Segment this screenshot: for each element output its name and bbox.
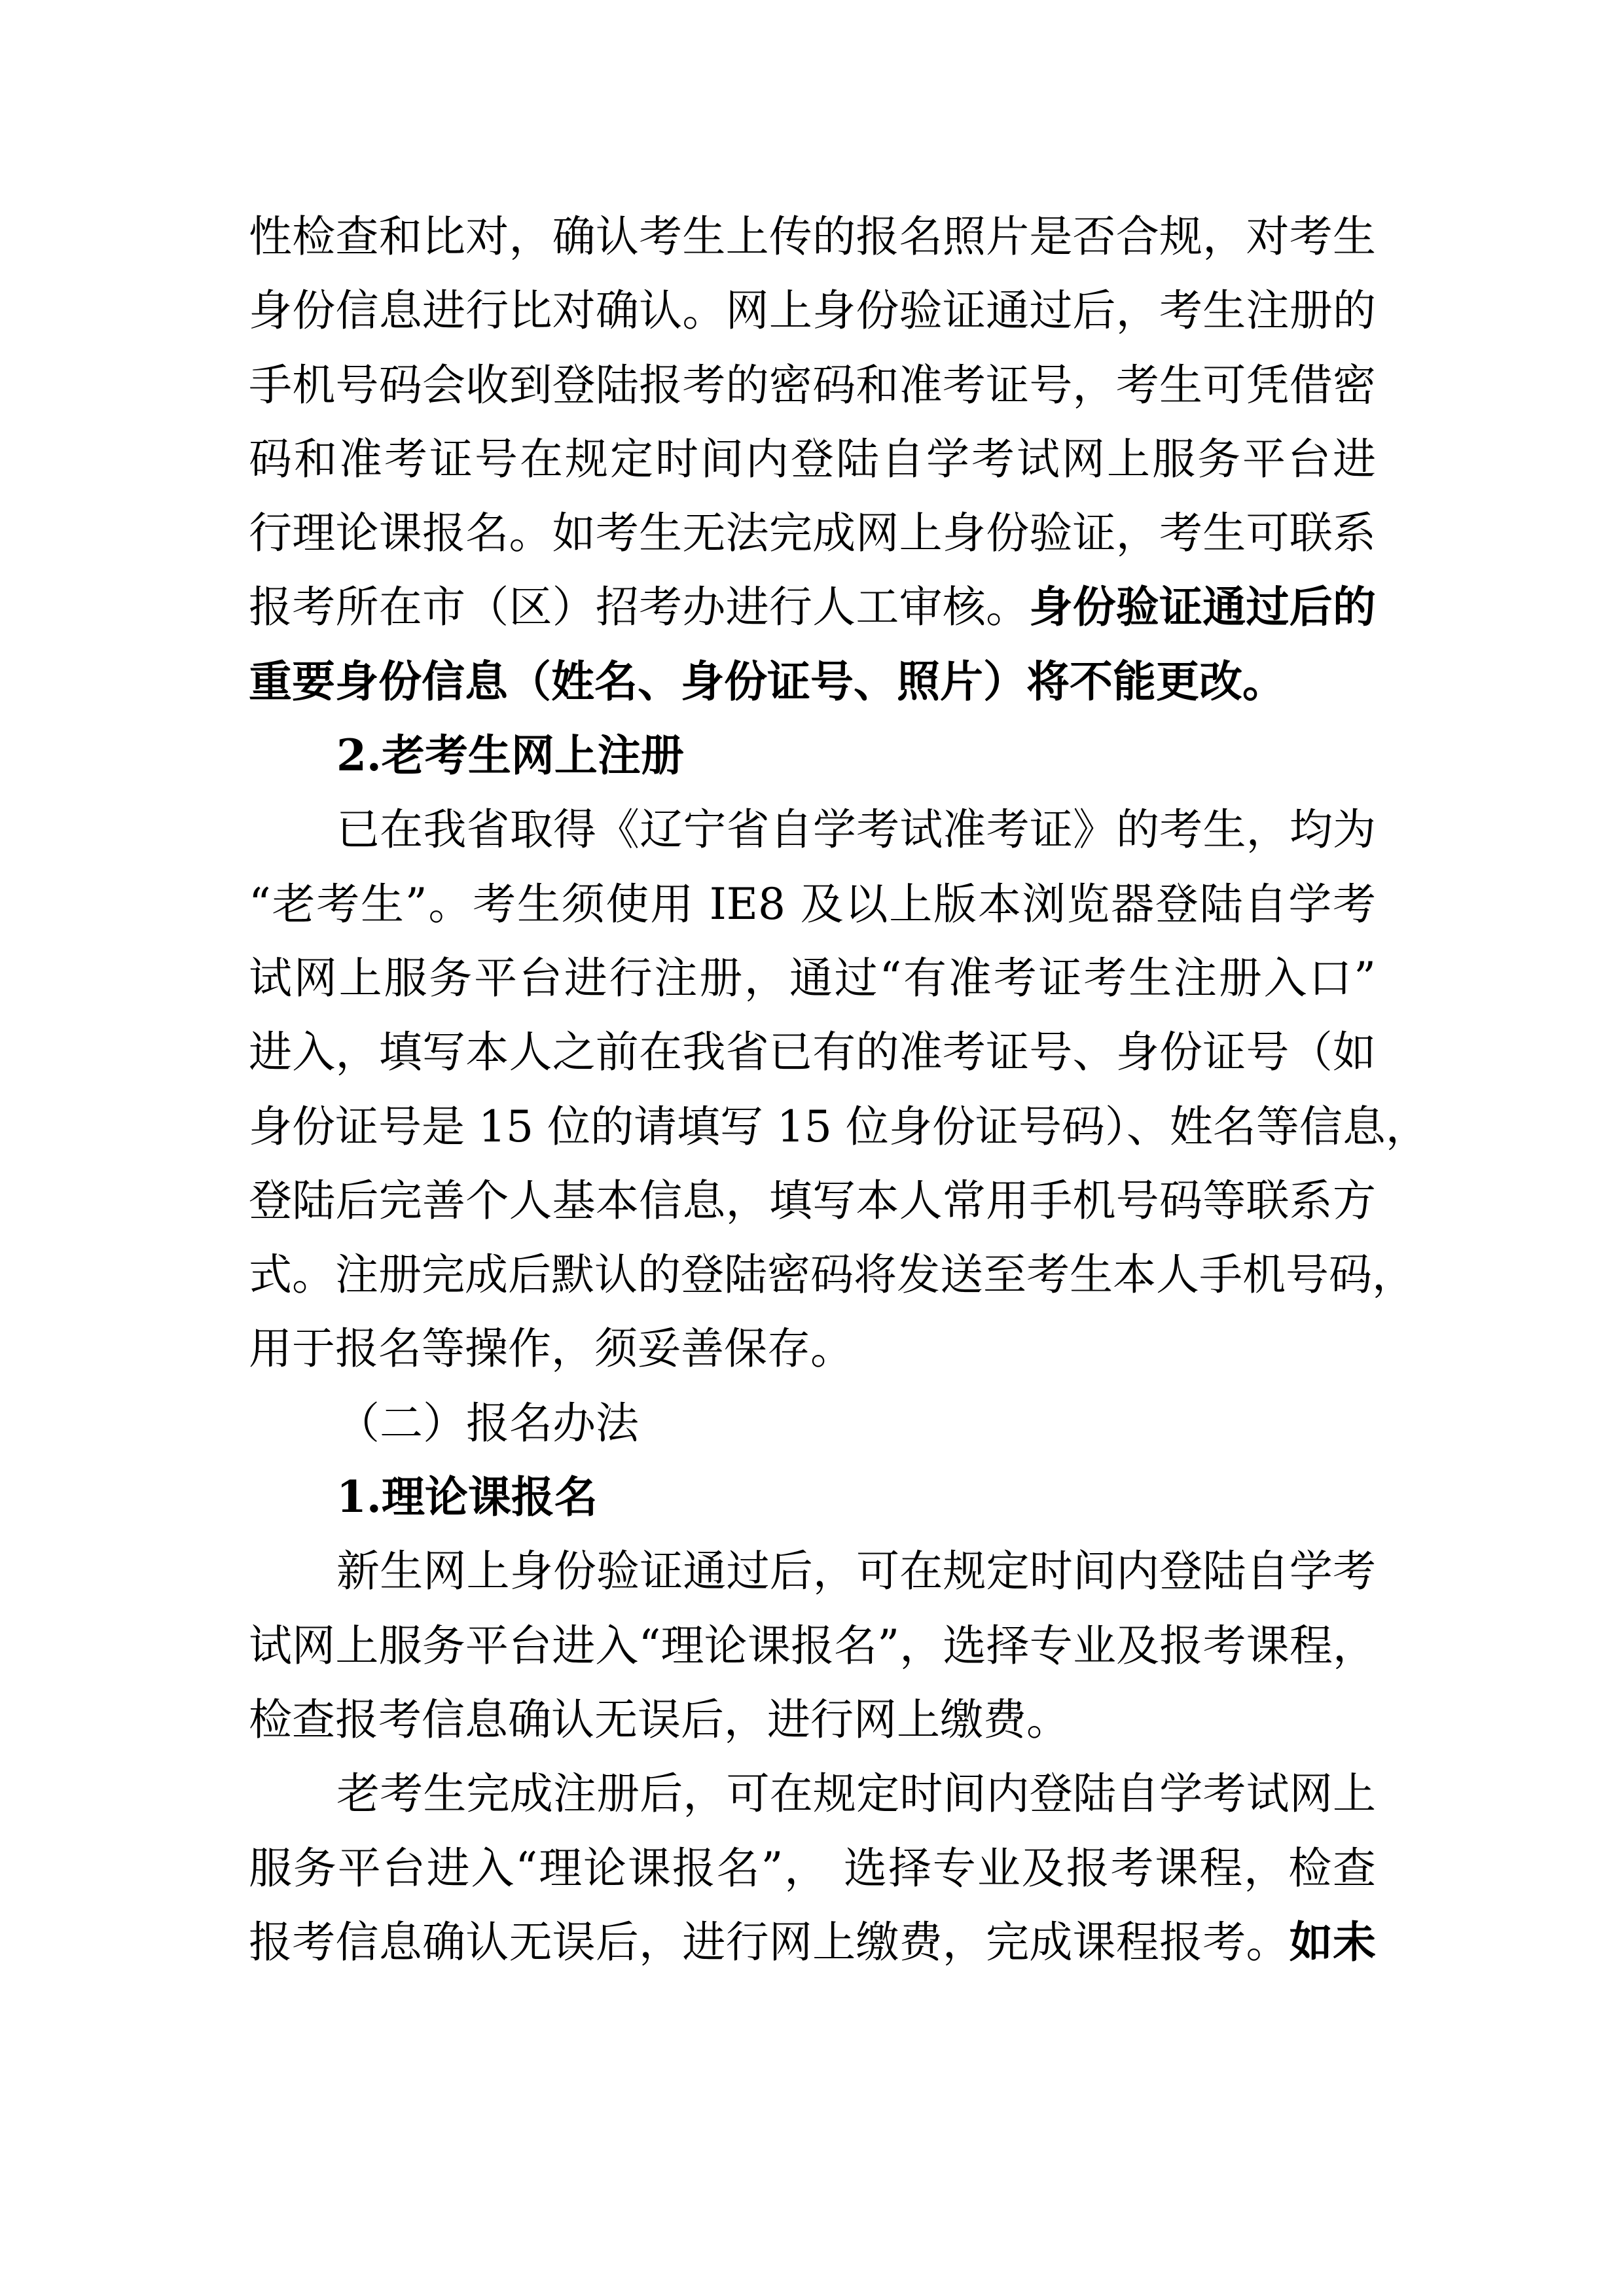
section-heading: （二）报名办法 [249,1386,1376,1460]
heading-text: 1.理论课报名 [336,1471,598,1522]
line-text: 登陆后完善个人基本信息，填写本人常用手机号码等联系方 [249,1175,1376,1226]
line-text: 行理论课报名。如考生无法完成网上身份验证，考生可联系 [249,508,1376,558]
paragraph-line: 式。注册完成后默认的登陆密码将发送至考生本人手机号码， [249,1238,1376,1312]
emphasis-text: 重要身份信息（姓名、身份证号、照片）将不能更改。 [249,656,1286,707]
paragraph-line: 进入，填写本人之前在我省已有的准考证号、身份证号（如 [249,1015,1376,1089]
paragraph-line: 行理论课报名。如考生无法完成网上身份验证，考生可联系 [249,496,1376,570]
paragraph-line: 老考生完成注册后，可在规定时间内登陆自学考试网上 [249,1757,1376,1831]
paragraph-line: 检查报考信息确认无误后，进行网上缴费。 [249,1683,1376,1757]
paragraph-line: 新生网上身份验证通过后，可在规定时间内登陆自学考 [249,1534,1376,1608]
paragraph-line: 服务平台进入“理论课报名”， 选择专业及报考课程，检查 [249,1831,1376,1905]
line-text: 进入，填写本人之前在我省已有的准考证号、身份证号（如 [249,1027,1376,1077]
line-text: 报考所在市（区）招考办进行人工审核。 [249,582,1029,632]
paragraph-line: 已在我省取得《辽宁省自学考试准考证》的考生，均为 [249,793,1376,867]
paragraph-line: 试网上服务平台进入“理论课报名”，选择专业及报考课程， [249,1609,1376,1683]
paragraph-line: 码和准考证号在规定时间内登陆自学考试网上服务平台进 [249,422,1376,496]
paragraph-line: 身份信息进行比对确认。网上身份验证通过后，考生注册的 [249,274,1376,348]
document-page: 性检查和比对，确认考生上传的报名照片是否合规，对考生 身份信息进行比对确认。网上… [249,200,1376,1979]
line-text: 身份证号是 15 位的请填写 15 位身份证号码）、姓名等信息， [249,1102,1429,1152]
paragraph-line: “老考生”。考生须使用 IE8 及以上版本浏览器登陆自学考 [249,867,1376,941]
paragraph-line: 试网上服务平台进行注册，通过“有准考证考生注册入口” [249,941,1376,1015]
line-text: 性检查和比对，确认考生上传的报名照片是否合规，对考生 [249,211,1376,262]
line-text: 检查报考信息确认无误后，进行网上缴费。 [249,1695,1070,1745]
paragraph-line: 报考信息确认无误后，进行网上缴费，完成课程报考。如未 [249,1905,1376,1979]
line-text: 用于报名等操作，须妥善保存。 [249,1323,854,1374]
emphasis-text: 身份验证通过后的 [1029,581,1376,632]
paragraph-line: 报考所在市（区）招考办进行人工审核。身份验证通过后的 [249,570,1376,644]
line-text: 手机号码会收到登陆报考的密码和准考证号，考生可凭借密 [249,360,1376,410]
paragraph-line: 登陆后完善个人基本信息，填写本人常用手机号码等联系方 [249,1164,1376,1238]
subsection-heading: 2.老考生网上注册 [249,719,1376,793]
line-text: 身份信息进行比对确认。网上身份验证通过后，考生注册的 [249,285,1376,336]
paragraph-line: 身份证号是 15 位的请填写 15 位身份证号码）、姓名等信息， [249,1090,1376,1164]
line-text: 码和准考证号在规定时间内登陆自学考试网上服务平台进 [249,434,1376,484]
line-text: 试网上服务平台进行注册，通过“有准考证考生注册入口” [249,953,1376,1003]
heading-text: （二）报名办法 [336,1398,639,1448]
line-text: 已在我省取得《辽宁省自学考试准考证》的考生，均为 [336,804,1376,855]
line-text: 老考生完成注册后，可在规定时间内登陆自学考试网上 [336,1768,1376,1819]
line-text: 新生网上身份验证通过后，可在规定时间内登陆自学考 [336,1546,1376,1596]
paragraph-line: 手机号码会收到登陆报考的密码和准考证号，考生可凭借密 [249,348,1376,422]
subsection-heading: 1.理论课报名 [249,1460,1376,1534]
emphasis-text: 如未 [1290,1916,1376,1967]
line-text: 式。注册完成后默认的登陆密码将发送至考生本人手机号码， [249,1249,1415,1300]
paragraph-line: 性检查和比对，确认考生上传的报名照片是否合规，对考生 [249,200,1376,274]
line-text: 报考信息确认无误后，进行网上缴费，完成课程报考。 [249,1917,1290,1967]
line-text: “老考生”。考生须使用 IE8 及以上版本浏览器登陆自学考 [249,879,1376,929]
line-text: 试网上服务平台进入“理论课报名”，选择专业及报考课程， [249,1621,1376,1671]
line-text: 服务平台进入“理论课报名”， 选择专业及报考课程，检查 [249,1843,1376,1893]
paragraph-line: 用于报名等操作，须妥善保存。 [249,1312,1376,1386]
heading-text: 2.老考生网上注册 [336,730,684,781]
emphasis-line: 重要身份信息（姓名、身份证号、照片）将不能更改。 [249,645,1376,719]
